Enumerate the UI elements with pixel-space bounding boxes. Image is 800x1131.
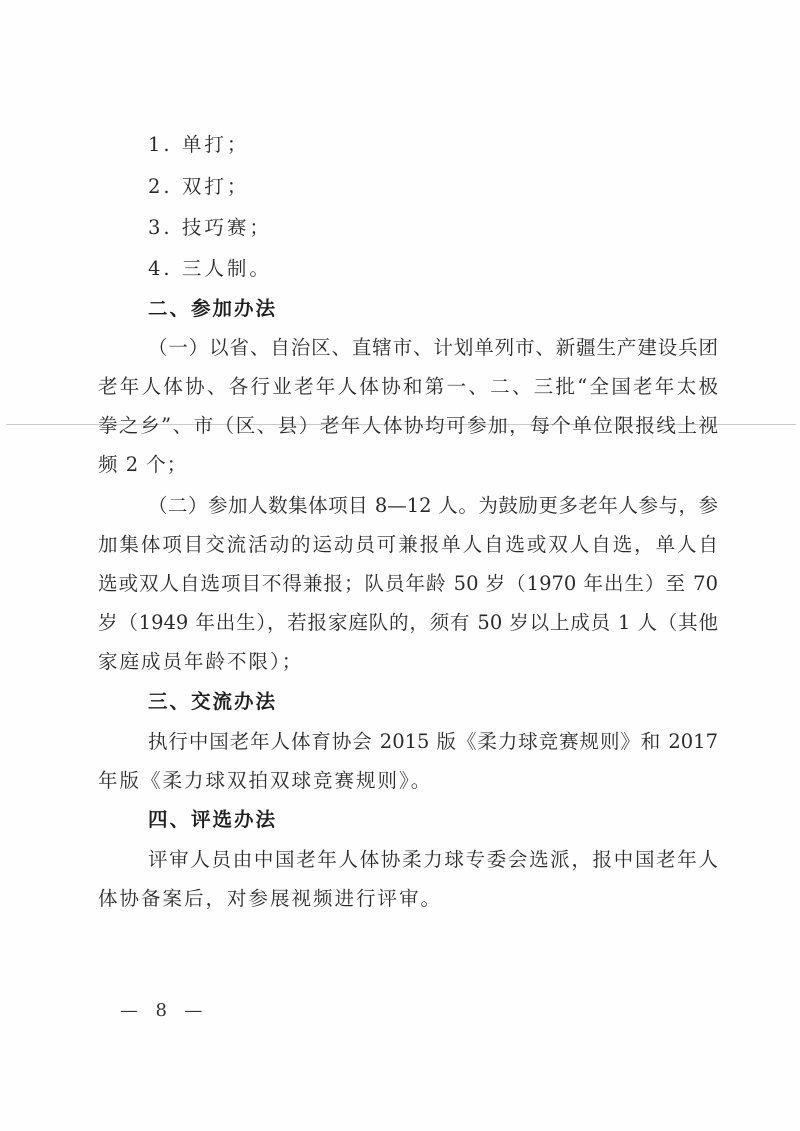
paragraph-line: 拳之乡”、市（区、县）老年人体协均可参加，每个单位限报线上视 bbox=[98, 414, 718, 438]
list-text: 技巧赛； bbox=[182, 216, 272, 239]
list-item: 1. 单打； bbox=[148, 133, 768, 157]
paragraph-line: 老年人体协、各行业老年人体协和第一、二、三批“全国老年太极 bbox=[98, 375, 718, 399]
list-item: 2. 双打； bbox=[148, 175, 768, 199]
list-number: 4. bbox=[148, 257, 173, 280]
list-text: 单打； bbox=[182, 133, 250, 156]
list-number: 3. bbox=[148, 216, 173, 239]
paragraph-line: 年版《柔力球双拍双球竞赛规则》。 bbox=[98, 769, 718, 793]
document-page: 1. 单打； 2. 双打； 3. 技巧赛； 4. 三人制。 二、参加办法 （一）… bbox=[0, 0, 800, 1131]
paragraph-line: （二）参加人数集体项目 8—12 人。为鼓励更多老年人参与，参 bbox=[148, 494, 718, 518]
paragraph-line: 执行中国老年人体育协会 2015 版《柔力球竞赛规则》和 2017 bbox=[148, 730, 718, 754]
paragraph-line: 体协备案后，对参展视频进行评审。 bbox=[98, 887, 718, 911]
paragraph-line: 加集体项目交流活动的运动员可兼报单人自选或双人自选，单人自 bbox=[98, 533, 718, 557]
page-number: — 8 — bbox=[120, 1000, 204, 1021]
section-heading: 四、评选办法 bbox=[148, 808, 768, 832]
section-heading: 二、参加办法 bbox=[148, 297, 768, 321]
list-text: 三人制。 bbox=[182, 257, 272, 280]
paragraph-line: 岁（1949 年出生），若报家庭队的，须有 50 岁以上成员 1 人（其他 bbox=[98, 611, 718, 635]
paragraph-line: 评审人员由中国老年人体协柔力球专委会选派，报中国老年人 bbox=[148, 848, 718, 872]
paragraph-line: 家庭成员年龄不限）； bbox=[98, 650, 718, 674]
list-number: 2. bbox=[148, 175, 173, 198]
section-heading: 三、交流办法 bbox=[148, 690, 768, 714]
paragraph-line: （一）以省、自治区、直辖市、计划单列市、新疆生产建设兵团 bbox=[148, 336, 718, 360]
list-number: 1. bbox=[148, 133, 173, 156]
paragraph-line: 选或双人自选项目不得兼报；队员年龄 50 岁（1970 年出生）至 70 bbox=[98, 572, 718, 596]
list-item: 3. 技巧赛； bbox=[148, 216, 768, 240]
list-text: 双打； bbox=[182, 175, 250, 198]
list-item: 4. 三人制。 bbox=[148, 257, 768, 281]
paragraph-line: 频 2 个； bbox=[98, 453, 718, 477]
